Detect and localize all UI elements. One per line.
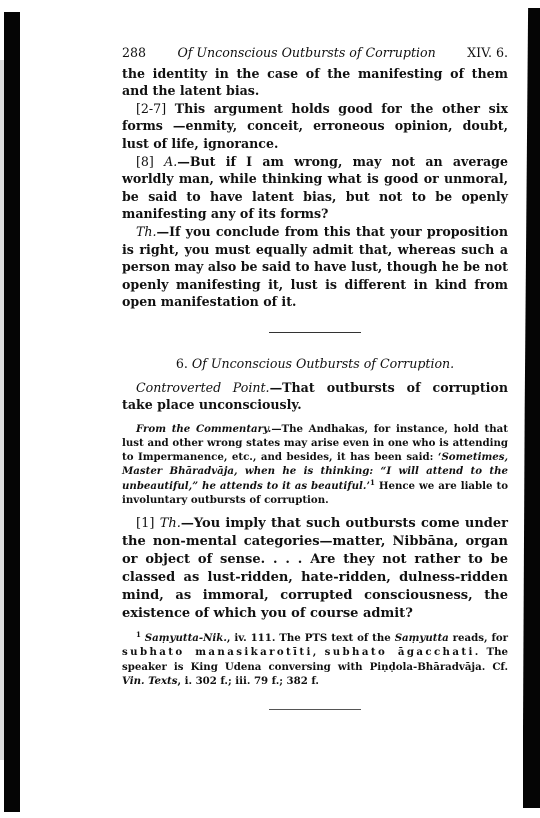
- paragraph-2-7: [2-7] This argument holds good for the o…: [122, 100, 508, 153]
- footnote-paragraph: 1 Saṃyutta-Nik., iv. 111. The PTS text o…: [122, 631, 508, 689]
- paragraph-8: [8] A.—But if I am wrong, may not an ave…: [122, 153, 508, 223]
- speaker-label: Th.: [136, 224, 157, 239]
- controverted-point: Controverted Point.—That outbursts of co…: [122, 379, 508, 414]
- paragraph-th-reply: Th.—If you conclude from this that your …: [122, 223, 508, 311]
- section-reference: XIV. 6.: [467, 44, 508, 62]
- page-number: 288: [122, 44, 146, 62]
- footnote-marker: 1: [136, 630, 141, 639]
- controverted-label: Controverted Point.: [136, 380, 270, 395]
- pali-spaced-1: subhato manasikarotīti: [122, 646, 313, 658]
- footnote-text: , iv. 111. The PTS text of the: [227, 632, 395, 644]
- footnote-text: reads, for: [449, 632, 508, 644]
- footnote-text: ,: [313, 646, 325, 658]
- end-divider: [269, 709, 361, 710]
- paragraph-text: —But if I am wrong, may not an average w…: [122, 154, 508, 222]
- section-number: 6.: [176, 356, 188, 371]
- scan-edge-left: [4, 12, 20, 812]
- paragraph-label: [2-7]: [136, 101, 166, 116]
- scan-edge-right: [523, 8, 540, 808]
- footnote-vin-texts: Vin. Texts: [122, 675, 178, 687]
- paragraph-continuation: the identity in the case of the manifest…: [122, 65, 508, 100]
- running-head: 288 Of Unconscious Outbursts of Corrupti…: [122, 44, 508, 62]
- footnote-work: Saṃyutta: [395, 632, 449, 644]
- speaker-label: Th.: [160, 516, 181, 531]
- commentary-label: From the Commentary.: [136, 423, 271, 435]
- paragraph-text: —You imply that such outbursts come unde…: [122, 516, 508, 621]
- speaker-label: A.: [164, 154, 177, 169]
- section-title: Of Unconscious Outbursts of Corruption.: [192, 356, 454, 371]
- footnote: 1 Saṃyutta-Nik., iv. 111. The PTS text o…: [122, 631, 508, 689]
- paragraph-text: —If you conclude from this that your pro…: [122, 224, 508, 309]
- section-heading: 6. Of Unconscious Outbursts of Corruptio…: [122, 355, 508, 373]
- section-divider: [269, 332, 361, 333]
- book-page: 288 Of Unconscious Outbursts of Corrupti…: [122, 44, 508, 710]
- footnote-text: , i. 302 f.; iii. 79 f.; 382 f.: [178, 675, 319, 687]
- pali-spaced-2: subhato āgacchati: [325, 646, 475, 658]
- paragraph-label: [8]: [136, 154, 154, 169]
- footnote-source: Saṃyutta-Nik.: [145, 632, 227, 644]
- commentary-paragraph: From the Commentary.—The Andhakas, for i…: [122, 422, 508, 507]
- running-title: Of Unconscious Outbursts of Corruption: [177, 44, 435, 62]
- paragraph-text: This argument holds good for the other s…: [122, 101, 508, 151]
- paragraph-label: [1]: [136, 516, 154, 531]
- argument-paragraph: [1] Th.—You imply that such outbursts co…: [122, 515, 508, 623]
- commentary-block: From the Commentary.—The Andhakas, for i…: [122, 422, 508, 507]
